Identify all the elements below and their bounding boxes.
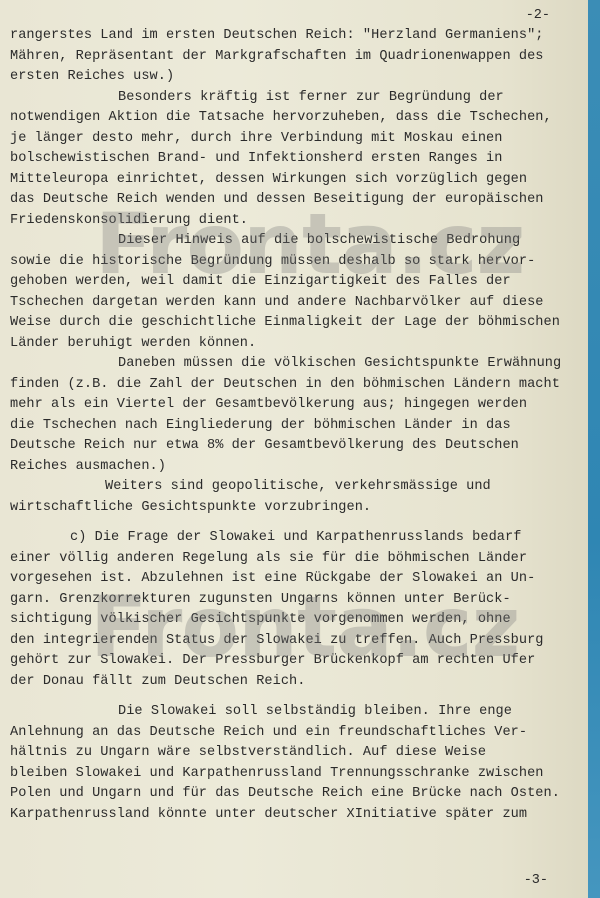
text-line: bleiben Slowakei und Karpathenrussland T… — [10, 764, 588, 785]
text-line: gehört zur Slowakei. Der Pressburger Brü… — [10, 651, 588, 672]
text-line: je länger desto mehr, durch ihre Verbind… — [10, 129, 588, 150]
text-line: Mitteleuropa einrichtet, dessen Wirkunge… — [10, 170, 588, 191]
text-line: die Tschechen nach Eingliederung der böh… — [10, 416, 588, 437]
text-line: Anlehnung an das Deutsche Reich und ein … — [10, 723, 588, 744]
text-line: Deutsche Reich nur etwa 8% der Gesamtbev… — [10, 436, 588, 457]
text-line: notwendigen Aktion die Tatsache hervorzu… — [10, 108, 588, 129]
text-line: Länder beruhigt werden können. — [10, 334, 588, 355]
text-line: Daneben müssen die völkischen Gesichtspu… — [10, 354, 588, 375]
text-line: Polen und Ungarn und für das Deutsche Re… — [10, 784, 588, 805]
text-line: hältnis zu Ungarn wäre selbstverständlic… — [10, 743, 588, 764]
text-line: das Deutsche Reich wenden und dessen Bes… — [10, 190, 588, 211]
text-line: vorgesehen ist. Abzulehnen ist eine Rück… — [10, 569, 588, 590]
text-line: Mähren, Repräsentant der Markgrafschafte… — [10, 47, 588, 68]
document-page: -2- rangerstes Land im ersten Deutschen … — [0, 0, 588, 898]
page-number-bottom: -3- — [524, 873, 548, 888]
text-line: bolschewistischen Brand- und Infektionsh… — [10, 149, 588, 170]
text-line: den integrierenden Status der Slowakei z… — [10, 631, 588, 652]
text-line: mehr als ein Viertel der Gesamtbevölkeru… — [10, 395, 588, 416]
text-line: Karpathenrussland könnte unter deutscher… — [10, 805, 588, 826]
paragraph-gap — [10, 518, 588, 528]
text-line: rangerstes Land im ersten Deutschen Reic… — [10, 26, 588, 47]
text-line: Dieser Hinweis auf die bolschewistische … — [10, 231, 588, 252]
text-line: Reiches ausmachen.) — [10, 457, 588, 478]
text-line: c) Die Frage der Slowakei und Karpathenr… — [10, 528, 588, 549]
text-line: garn. Grenzkorrekturen zugunsten Ungarns… — [10, 590, 588, 611]
text-line: ersten Reiches usw.) — [10, 67, 588, 88]
text-line: einer völlig anderen Regelung als sie fü… — [10, 549, 588, 570]
text-line: sowie die historische Begründung müssen … — [10, 252, 588, 273]
text-line: wirtschaftliche Gesichtspunkte vorzubrin… — [10, 498, 588, 519]
text-line: Weiters sind geopolitische, verkehrsmäss… — [10, 477, 588, 498]
document-body: rangerstes Land im ersten Deutschen Reic… — [10, 26, 588, 825]
text-line: Weise durch die geschichtliche Einmaligk… — [10, 313, 588, 334]
text-line: sichtigung völkischer Gesichtspunkte vor… — [10, 610, 588, 631]
text-line: finden (z.B. die Zahl der Deutschen in d… — [10, 375, 588, 396]
text-line: Tschechen dargetan werden kann und ander… — [10, 293, 588, 314]
text-line: Friedenskonsolidierung dient. — [10, 211, 588, 232]
text-line: gehoben werden, weil damit die Einzigart… — [10, 272, 588, 293]
background-edge — [588, 0, 600, 898]
page-number-top: -2- — [526, 8, 550, 23]
text-line: Besonders kräftig ist ferner zur Begründ… — [10, 88, 588, 109]
paragraph-gap — [10, 692, 588, 702]
text-line: Die Slowakei soll selbständig bleiben. I… — [10, 702, 588, 723]
text-line: der Donau fällt zum Deutschen Reich. — [10, 672, 588, 693]
